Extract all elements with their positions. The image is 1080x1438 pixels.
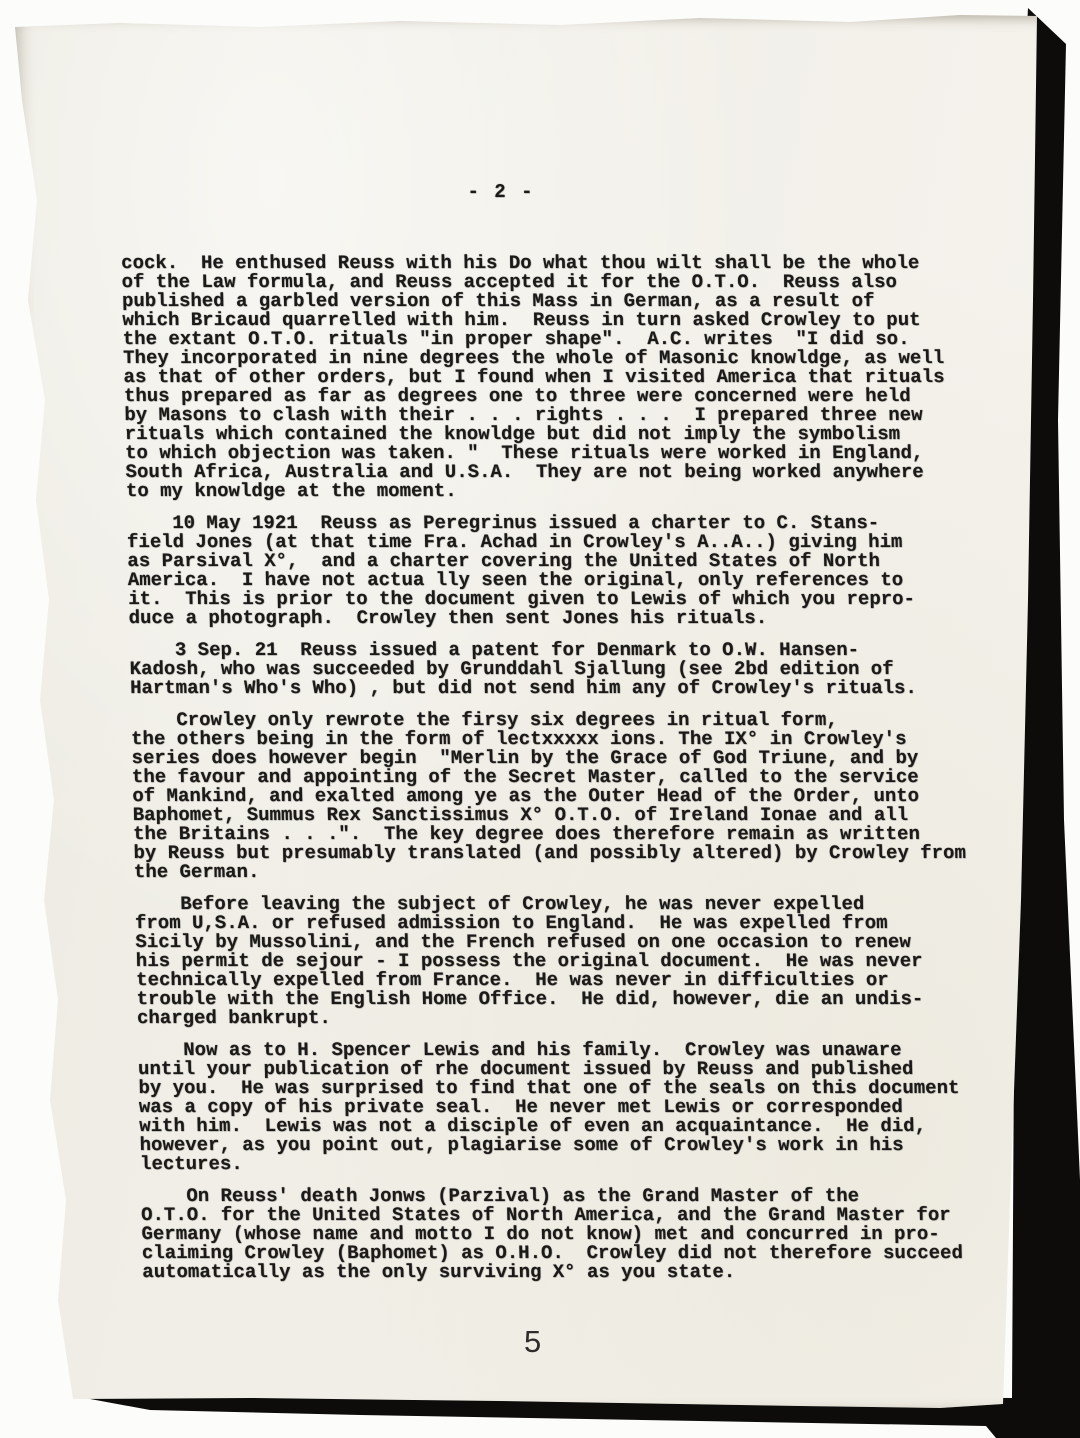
paragraph: cock. He enthused Reuss with his Do what… — [121, 254, 986, 501]
typewritten-body: cock. He enthused Reuss with his Do what… — [121, 254, 1003, 1295]
paragraph: On Reuss' death Jonws (Parzival) as the … — [141, 1187, 1003, 1282]
paragraph: Crowley only rewrote the firsy six degre… — [131, 711, 995, 882]
page-number-bottom: 5 — [524, 1324, 541, 1360]
page-number-top: - 2 - — [121, 181, 881, 203]
paragraph: Now as to H. Spencer Lewis and his famil… — [137, 1041, 1000, 1174]
page-content: - 2 - cock. He enthused Reuss with his D… — [0, 0, 1080, 1438]
paragraph: Before leaving the subject of Crowley, h… — [134, 895, 997, 1028]
paragraph: 10 May 1921 Reuss as Peregrinus issued a… — [126, 514, 988, 628]
paragraph: 3 Sep. 21 Reuss issued a patent for Denm… — [129, 641, 990, 698]
photo-background: - 2 - cock. He enthused Reuss with his D… — [0, 0, 1080, 1438]
